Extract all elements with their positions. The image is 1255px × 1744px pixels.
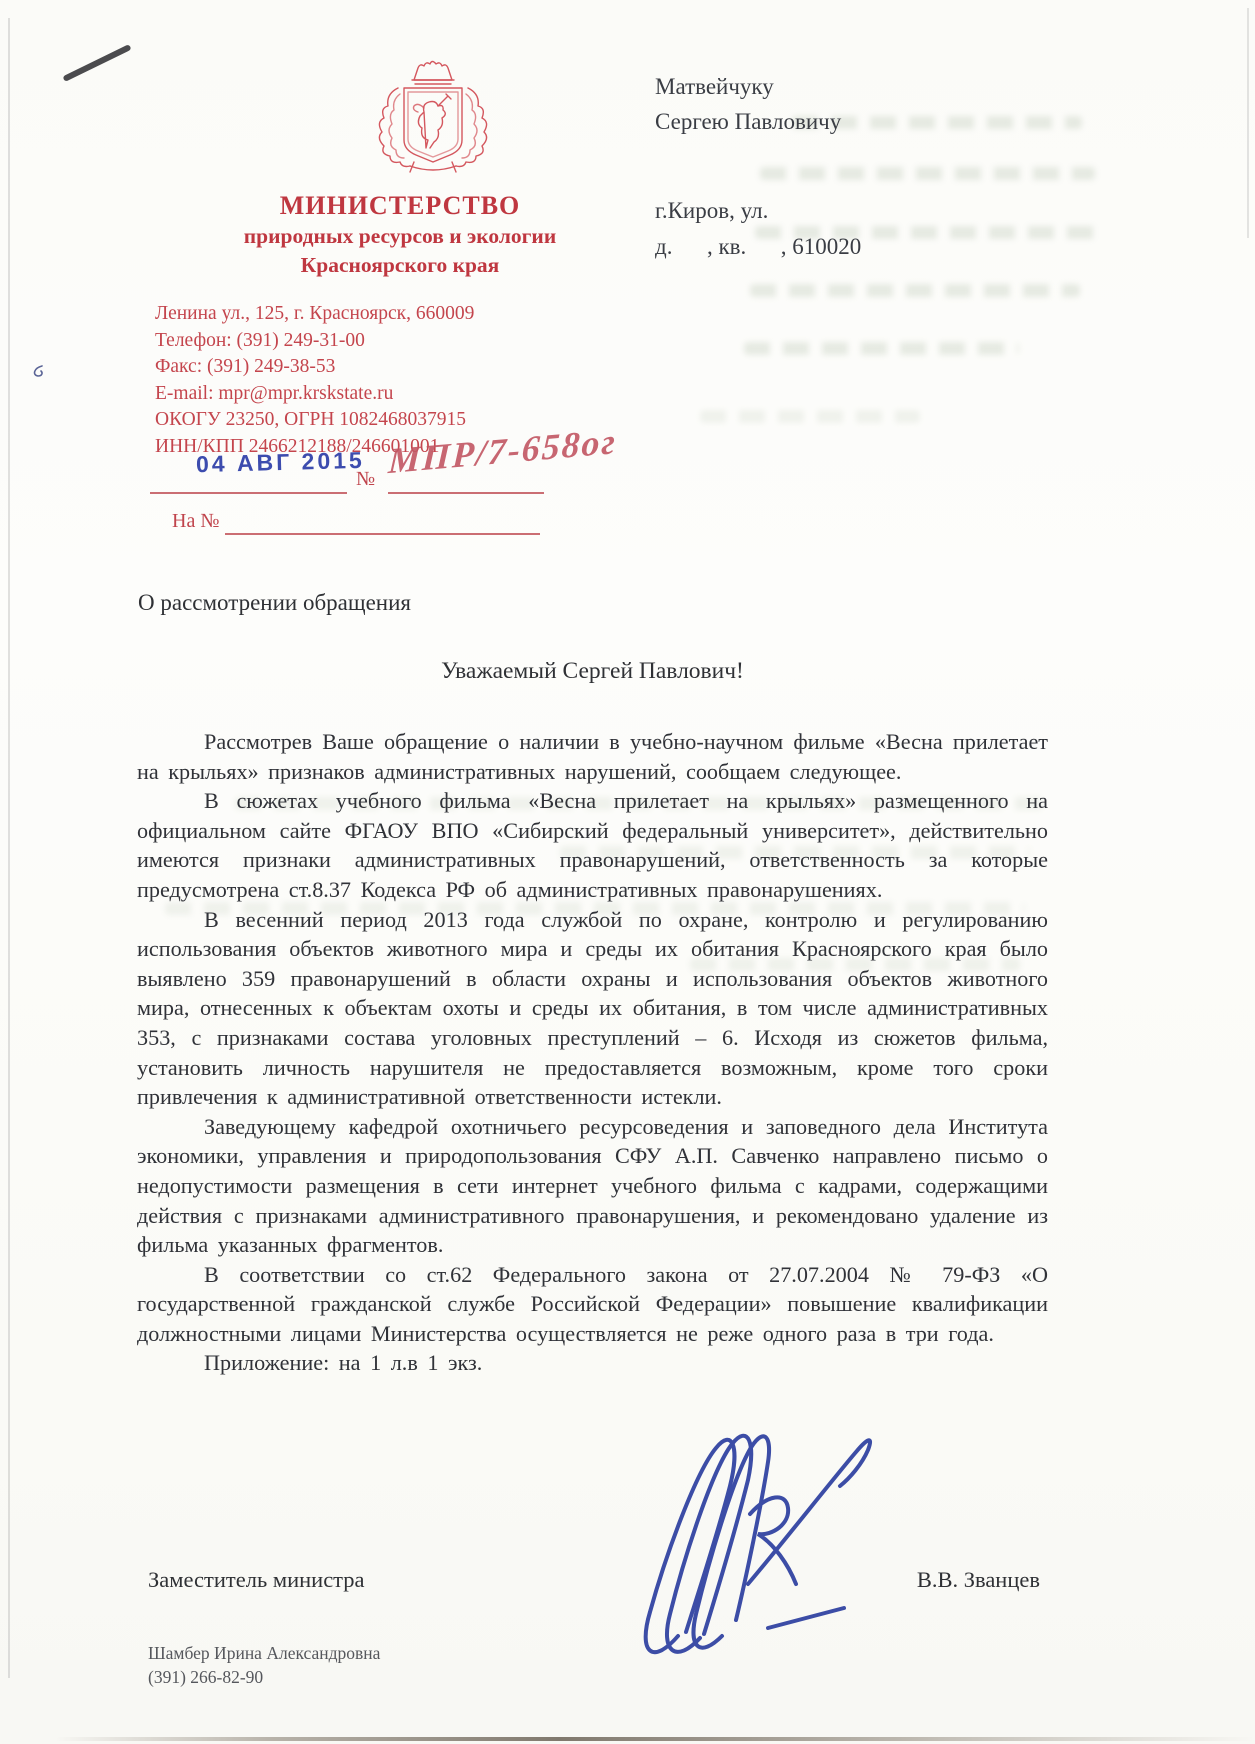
executor-name: Шамбер Ирина Александровна (148, 1641, 380, 1665)
executor-phone: (391) 266-82-90 (148, 1665, 380, 1689)
reply-ref-label: На № (172, 510, 219, 533)
bleedthrough-smudge (700, 410, 920, 423)
bleedthrough-smudge (744, 342, 1019, 355)
date-underline (150, 492, 347, 494)
scanned-letter-page: МИНИСТЕРСТВО природных ресурсов и эколог… (0, 0, 1255, 1744)
letterhead-address: Ленина ул., 125, г. Красноярск, 660009 (155, 301, 655, 328)
body-paragraph: В сюжетах учебного фильма «Весна прилета… (137, 786, 1048, 904)
reply-ref-underline (225, 533, 540, 535)
signer-name: В.В. Званцев (137, 1567, 1040, 1593)
bleedthrough-smudge (760, 167, 1095, 180)
number-underline (388, 492, 544, 494)
executor-block: Шамбер Ирина Александровна (391) 266-82-… (148, 1641, 380, 1689)
ministry-subtitle-1: природных ресурсов и экологии (135, 222, 665, 251)
pen-mark-artifact (62, 44, 131, 82)
letterhead-email: E-mail: mpr@mpr.krskstate.ru (155, 381, 655, 408)
letter-body: Рассмотрев Ваше обращение о наличии в уч… (137, 727, 1048, 1378)
ministry-title: МИНИСТЕРСТВО (135, 190, 665, 222)
number-label: № (356, 468, 375, 491)
ink-speck (30, 362, 46, 380)
body-paragraph: Заведующему кафедрой охотничьего ресурсо… (137, 1112, 1048, 1260)
scan-edge-left (8, 18, 10, 1678)
scan-edge-bottom (55, 1737, 1255, 1741)
recipient-city: г.Киров, ул. (655, 198, 768, 224)
recipient-name-patronymic: Сергею Павловичу (655, 109, 841, 135)
recipient-surname: Матвейчуку (655, 74, 774, 100)
signature-scribble (600, 1368, 890, 1668)
scan-edge-right (1247, 8, 1249, 238)
salutation: Уважаемый Сергей Павлович! (137, 658, 1048, 685)
letterhead-fax: Факс: (391) 249-38-53 (155, 354, 655, 381)
body-paragraph: В весенний период 2013 года службой по о… (137, 905, 1048, 1112)
letterhead-phone: Телефон: (391) 249-31-00 (155, 328, 655, 355)
ministry-subtitle-2: Красноярского края (135, 251, 665, 280)
krasnoyarsk-coat-of-arms-icon (352, 58, 502, 176)
ministry-letterhead: МИНИСТЕРСТВО природных ресурсов и эколог… (135, 190, 665, 280)
bleedthrough-smudge (750, 284, 1080, 297)
recipient-address: д. , кв. , 610020 (655, 234, 861, 260)
subject-line: О рассмотрении обращения (138, 590, 411, 616)
attachment-line: Приложение: на 1 л.в 1 экз. (137, 1348, 1048, 1378)
date-stamp: 04 АВГ 2015 (196, 447, 365, 478)
body-paragraph: Рассмотрев Ваше обращение о наличии в уч… (137, 727, 1048, 786)
body-paragraph: В соответствии со ст.62 Федерального зак… (137, 1260, 1048, 1349)
